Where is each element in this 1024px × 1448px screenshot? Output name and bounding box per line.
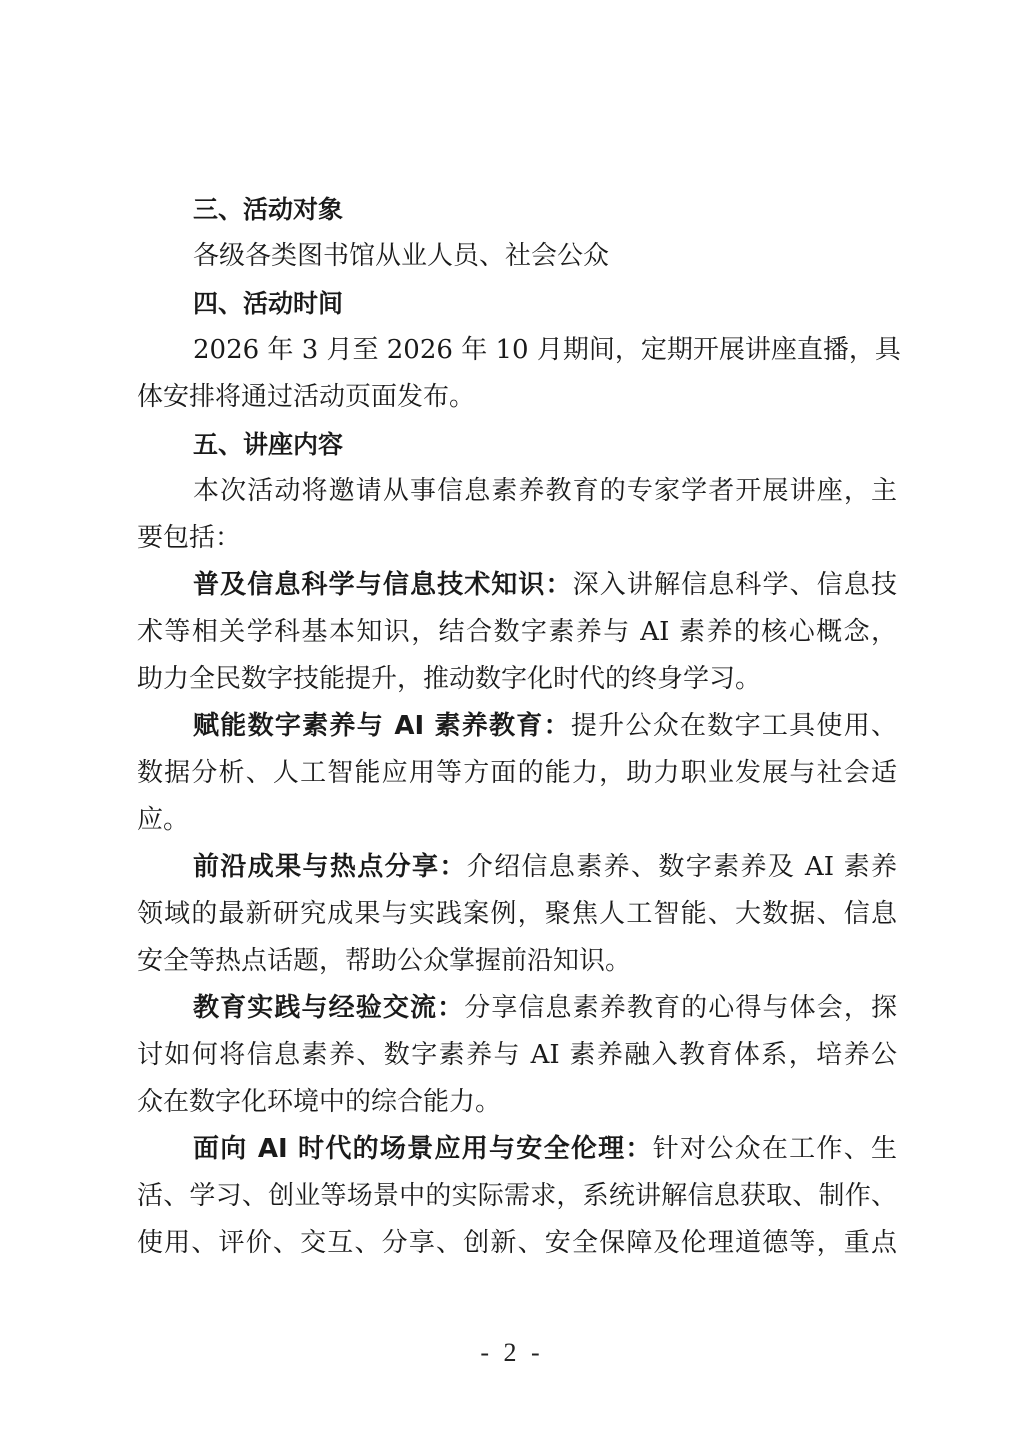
page-number: - 2 -: [0, 1338, 1024, 1368]
paragraph-line: 体安排将通过活动页面发布。: [137, 374, 897, 421]
section-heading-audience: 三、活动对象: [137, 186, 897, 233]
list-item-text: 针对公众在工作、生: [653, 1134, 897, 1164]
section-heading-content: 五、讲座内容: [137, 421, 897, 468]
paragraph-line: 要包括：: [137, 515, 897, 562]
paragraph-line: 活、学习、创业等场景中的实际需求，系统讲解信息获取、制作、: [137, 1173, 897, 1220]
section-heading-time: 四、活动时间: [137, 280, 897, 327]
list-item-first-line: 面向 AI 时代的场景应用与安全伦理：针对公众在工作、生: [137, 1126, 897, 1173]
list-item-title: 普及信息科学与信息技术知识：: [193, 570, 573, 600]
paragraph-line: 使用、评价、交互、分享、创新、安全保障及伦理道德等，重点: [137, 1220, 897, 1267]
paragraph-line: 众在数字化环境中的综合能力。: [137, 1079, 897, 1126]
paragraph-line: 各级各类图书馆从业人员、社会公众: [137, 233, 897, 280]
list-item-text: 深入讲解信息科学、信息技: [573, 570, 897, 600]
list-item-first-line: 教育实践与经验交流：分享信息素养教育的心得与体会，探: [137, 985, 897, 1032]
list-item-text: 提升公众在数字工具使用、: [571, 711, 897, 741]
list-item-title: 前沿成果与热点分享：: [193, 852, 467, 882]
paragraph-line: 安全等热点话题，帮助公众掌握前沿知识。: [137, 938, 897, 985]
paragraph-line: 应。: [137, 797, 897, 844]
list-item-text: 分享信息素养教育的心得与体会，探: [464, 993, 897, 1023]
paragraph-line: 讨如何将信息素养、数字素养与 AI 素养融入教育体系，培养公: [137, 1032, 897, 1079]
list-item-text: 介绍信息素养、数字素养及 AI 素养: [467, 852, 897, 882]
list-item-title: 面向 AI 时代的场景应用与安全伦理：: [193, 1134, 653, 1164]
list-item-first-line: 赋能数字素养与 AI 素养教育：提升公众在数字工具使用、: [137, 703, 897, 750]
paragraph-line: 数据分析、人工智能应用等方面的能力，助力职业发展与社会适: [137, 750, 897, 797]
list-item-title: 教育实践与经验交流：: [193, 993, 464, 1023]
paragraph-line: 术等相关学科基本知识，结合数字素养与 AI 素养的核心概念，: [137, 609, 897, 656]
paragraph-line: 本次活动将邀请从事信息素养教育的专家学者开展讲座，主: [137, 468, 897, 515]
list-item-first-line: 普及信息科学与信息技术知识：深入讲解信息科学、信息技: [137, 562, 897, 609]
list-item-title: 赋能数字素养与 AI 素养教育：: [193, 711, 571, 741]
paragraph-line: 领域的最新研究成果与实践案例，聚焦人工智能、大数据、信息: [137, 891, 897, 938]
document-page: 三、活动对象 各级各类图书馆从业人员、社会公众 四、活动时间 2026 年 3 …: [137, 186, 897, 1267]
paragraph-line: 2026 年 3 月至 2026 年 10 月期间，定期开展讲座直播，具: [137, 327, 897, 374]
list-item-first-line: 前沿成果与热点分享：介绍信息素养、数字素养及 AI 素养: [137, 844, 897, 891]
paragraph-line: 助力全民数字技能提升，推动数字化时代的终身学习。: [137, 656, 897, 703]
